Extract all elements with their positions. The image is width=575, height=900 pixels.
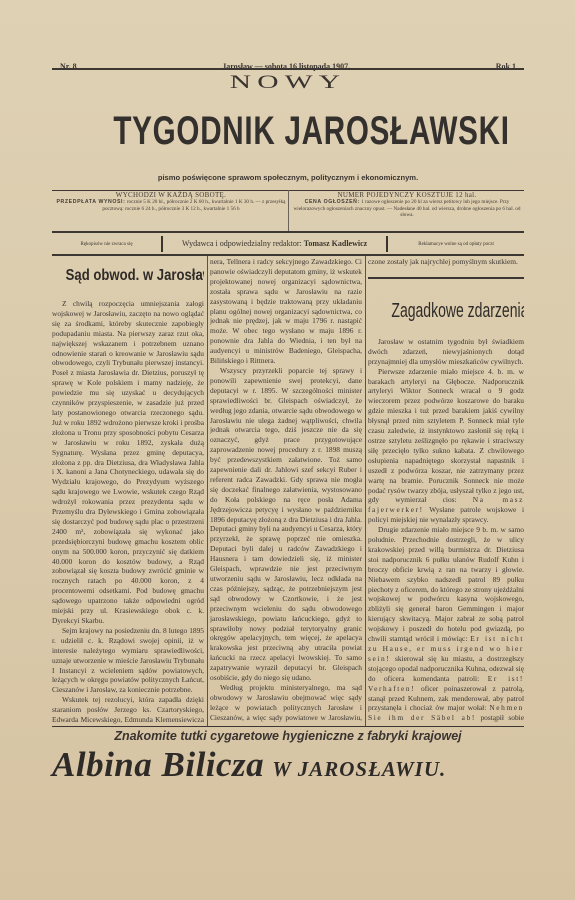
info-rule-bottom — [52, 231, 524, 233]
article-paragraph: Sejm krajowy na posiedzeniu dn. 8 lutego… — [52, 626, 204, 695]
pricing-heading: NUMER POJEDYNCZY KOSZTUJE 12 hal. — [292, 192, 522, 198]
advert-location: W JAROSŁAWIU. — [272, 757, 446, 781]
article-headline: Zagadkowe zdarzenia. — [391, 299, 500, 323]
advert-name: Albina BiliczaW JAROSŁAWIU. — [52, 745, 524, 785]
column-divider — [207, 256, 208, 726]
subscription-text: rocznie 5 K 20 hl., półrocznie 2 K 60 h.… — [102, 199, 285, 211]
paragraph-text: Drugie zdarzenie miało miejsce 9 b. m. w… — [368, 525, 524, 643]
article-paragraph: Jarosław w ostatnim tygodniu był świadki… — [368, 337, 524, 367]
quote-text: taktownie — [391, 723, 435, 725]
manuscripts-note: Rękopisów nie zwraca się — [52, 242, 161, 247]
column-3: czone zostały jak najrychlej pomyślnym s… — [368, 257, 524, 725]
subscription-info: WYCHODZI W KAŻDĄ SOBOTĘ. PRZEDPŁATA WYNO… — [56, 192, 286, 212]
subscription-label: PRZEDPŁATA WYNOSI: — [57, 199, 126, 205]
dateline: Nr. 8 Jarosław — sobota 16 listopada 190… — [52, 62, 524, 71]
article-paragraph: Wszyscy przyrzekli poparcie tej sprawy i… — [210, 366, 362, 683]
article-paragraph: Według projektu ministeryalnego, ma sąd … — [210, 683, 362, 725]
columns-bottom-rule — [52, 726, 524, 727]
paragraph-text: Pierwsze zdarzenie miało miejsce 4. b. m… — [368, 367, 524, 505]
subscription-heading: WYCHODZI W KAŻDĄ SOBOTĘ. — [56, 192, 286, 198]
article-paragraph: Z chwilą rozpoczęcia umniejszania załogi… — [52, 299, 204, 626]
pricing-info: NUMER POJEDYNCZY KOSZTUJE 12 hal. CENA O… — [292, 192, 522, 219]
complaints-note: Reklamacye wolne są od opłaty poczt — [388, 242, 524, 247]
article-paragraph: Wskutek tej rezolucyi, która zapadła dzi… — [52, 695, 204, 725]
advert-company: Albina Bilicza — [52, 745, 264, 784]
info-divider — [288, 190, 289, 232]
article-headline: Sąd obwod. w Jarosławiu. — [66, 265, 191, 287]
issue-date: Jarosław — sobota 16 listopada 1907. — [222, 62, 350, 71]
article-paragraph: Drugie zdarzenie miało miejsce 9 b. m. w… — [368, 525, 524, 725]
editor-strip: Rękopisów nie zwraca się Wydawca i odpow… — [52, 234, 524, 254]
issue-number: Nr. 8 — [60, 62, 77, 71]
advert-tagline: Znakomite tutki cygaretowe hygieniczne z… — [52, 728, 524, 744]
article-paragraph: czone zostały jak najrychlej pomyślnym s… — [368, 257, 524, 267]
masthead-subtitle: pismo poświęcone sprawom społecznym, pol… — [52, 173, 524, 182]
article-separator — [368, 277, 524, 279]
strip-rule — [52, 254, 524, 256]
issue-year: Rok 1 — [496, 62, 516, 71]
pricing-label: CENA OGŁOSZEŃ: — [305, 199, 360, 205]
masthead-prefix: NOWY — [0, 73, 575, 93]
article-paragraph: Pierwsze zdarzenie miało miejsce 4. b. m… — [368, 367, 524, 526]
dateline-rule — [52, 68, 524, 70]
article-paragraph: nera, Tellnera i radcy sekcyjnego Zawadz… — [210, 257, 362, 366]
column-2: nera, Tellnera i radcy sekcyjnego Zawadz… — [210, 257, 362, 725]
column-1: Sąd obwod. w Jarosławiu. Z chwilą rozpoc… — [52, 257, 204, 725]
column-divider — [365, 256, 366, 726]
editor-credit: Wydawca i odpowiedzialny redaktor: Tomas… — [161, 236, 388, 252]
editor-name: Tomasz Kadlewicz — [304, 239, 367, 248]
editor-label: Wydawca i odpowiedzialny redaktor: — [182, 239, 302, 248]
masthead-title: TYGODNIK JAROSŁAWSKI — [113, 108, 462, 154]
